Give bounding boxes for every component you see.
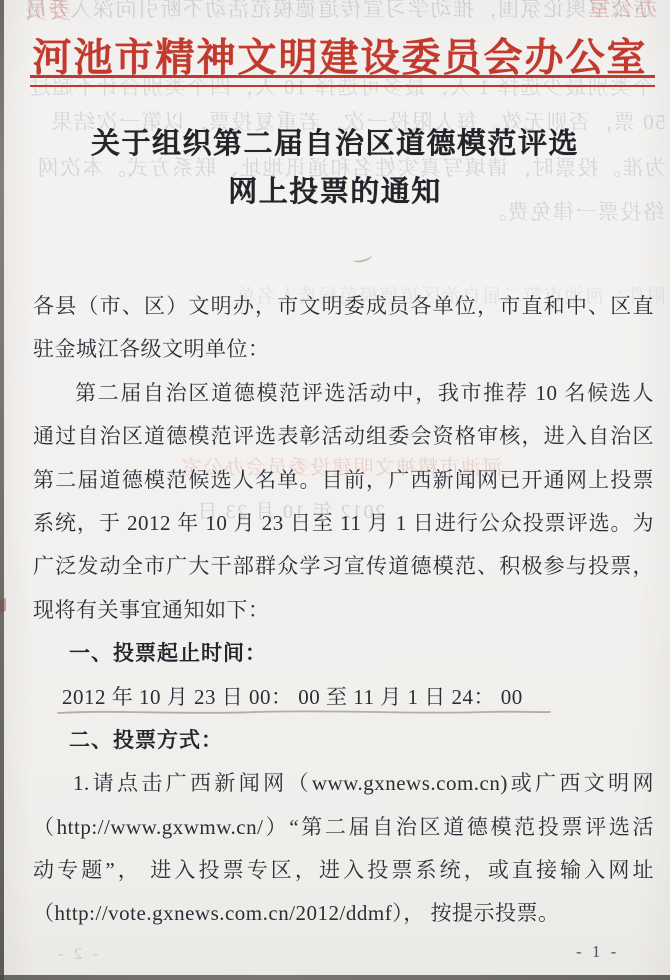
body-line: （http://www.gxwmw.cn/）“第二届自治区道德模范投票评选活 xyxy=(33,806,654,849)
body-line: 动专题”， 进入投票专区，进入投票系统，或直接输入网址 xyxy=(33,849,654,892)
bleedthrough-line: 造浓厚舆论氛围，推动学习宣传道德模范活动不断引向深入开展 xyxy=(20,0,658,23)
body-line: 系统，于 2012 年 10 月 23 日至 11 月 1 日进行公众投票评选。… xyxy=(33,502,654,545)
pencil-scuff-mark xyxy=(351,250,373,265)
document-title: 关于组织第二届自治区道德模范评选 网上投票的通知 xyxy=(0,120,670,216)
body-line: 各县（市、区）文明办，市文明委成员各单位，市直和中、区直 xyxy=(33,285,654,328)
letterhead-divider-rule xyxy=(30,75,655,87)
body-line: 驻金城江各级文明单位： xyxy=(33,328,654,371)
bleedthrough-red-fragment: 办公室 xyxy=(587,0,658,23)
page-number: - 1 - xyxy=(576,942,619,962)
body-line: （http://vote.gxnews.com.cn/2012/ddmf）， 按… xyxy=(33,892,654,935)
scan-edge-left xyxy=(0,0,4,980)
body-line: 一、投票起止时间： xyxy=(33,632,654,675)
body-text: 各县（市、区）文明办，市文明委成员各单位，市直和中、区直驻金城江各级文明单位：第… xyxy=(33,285,654,936)
body-line: 1.请点击广西新闻网（www.gxnews.com.cn)或广西文明网 xyxy=(33,762,654,805)
bleedthrough-red-fragment: 委员 xyxy=(24,0,71,25)
body-line: 2012 年 10 月 23 日 00： 00 至 11 月 1 日 24： 0… xyxy=(33,676,654,719)
scan-edge-bottom xyxy=(0,975,670,980)
body-line: 现将有关事宜通知如下： xyxy=(33,589,654,632)
scanned-document-page: 造浓厚舆论氛围，推动学习宣传道德模范活动不断引向深入开展 委员 办公室 个类别最… xyxy=(0,0,670,980)
body-line: 二、投票方式： xyxy=(33,719,654,762)
body-line: 第二届道德模范候选人名单。目前，广西新闻网已开通网上投票 xyxy=(33,459,654,502)
body-line: 通过自治区道德模范评选表彰活动组委会资格审核，进入自治区 xyxy=(33,415,654,458)
body-line: 第二届自治区道德模范评选活动中，我市推荐 10 名候选人 xyxy=(33,372,654,415)
document-title-line1: 关于组织第二届自治区道德模范评选 xyxy=(0,120,670,168)
document-title-line2: 网上投票的通知 xyxy=(0,168,670,216)
body-line: 广泛发动全市广大干部群众学习宣传道德模范、积极参与投票， xyxy=(33,545,654,588)
bleedthrough-page-number: - 2 - xyxy=(55,944,98,964)
